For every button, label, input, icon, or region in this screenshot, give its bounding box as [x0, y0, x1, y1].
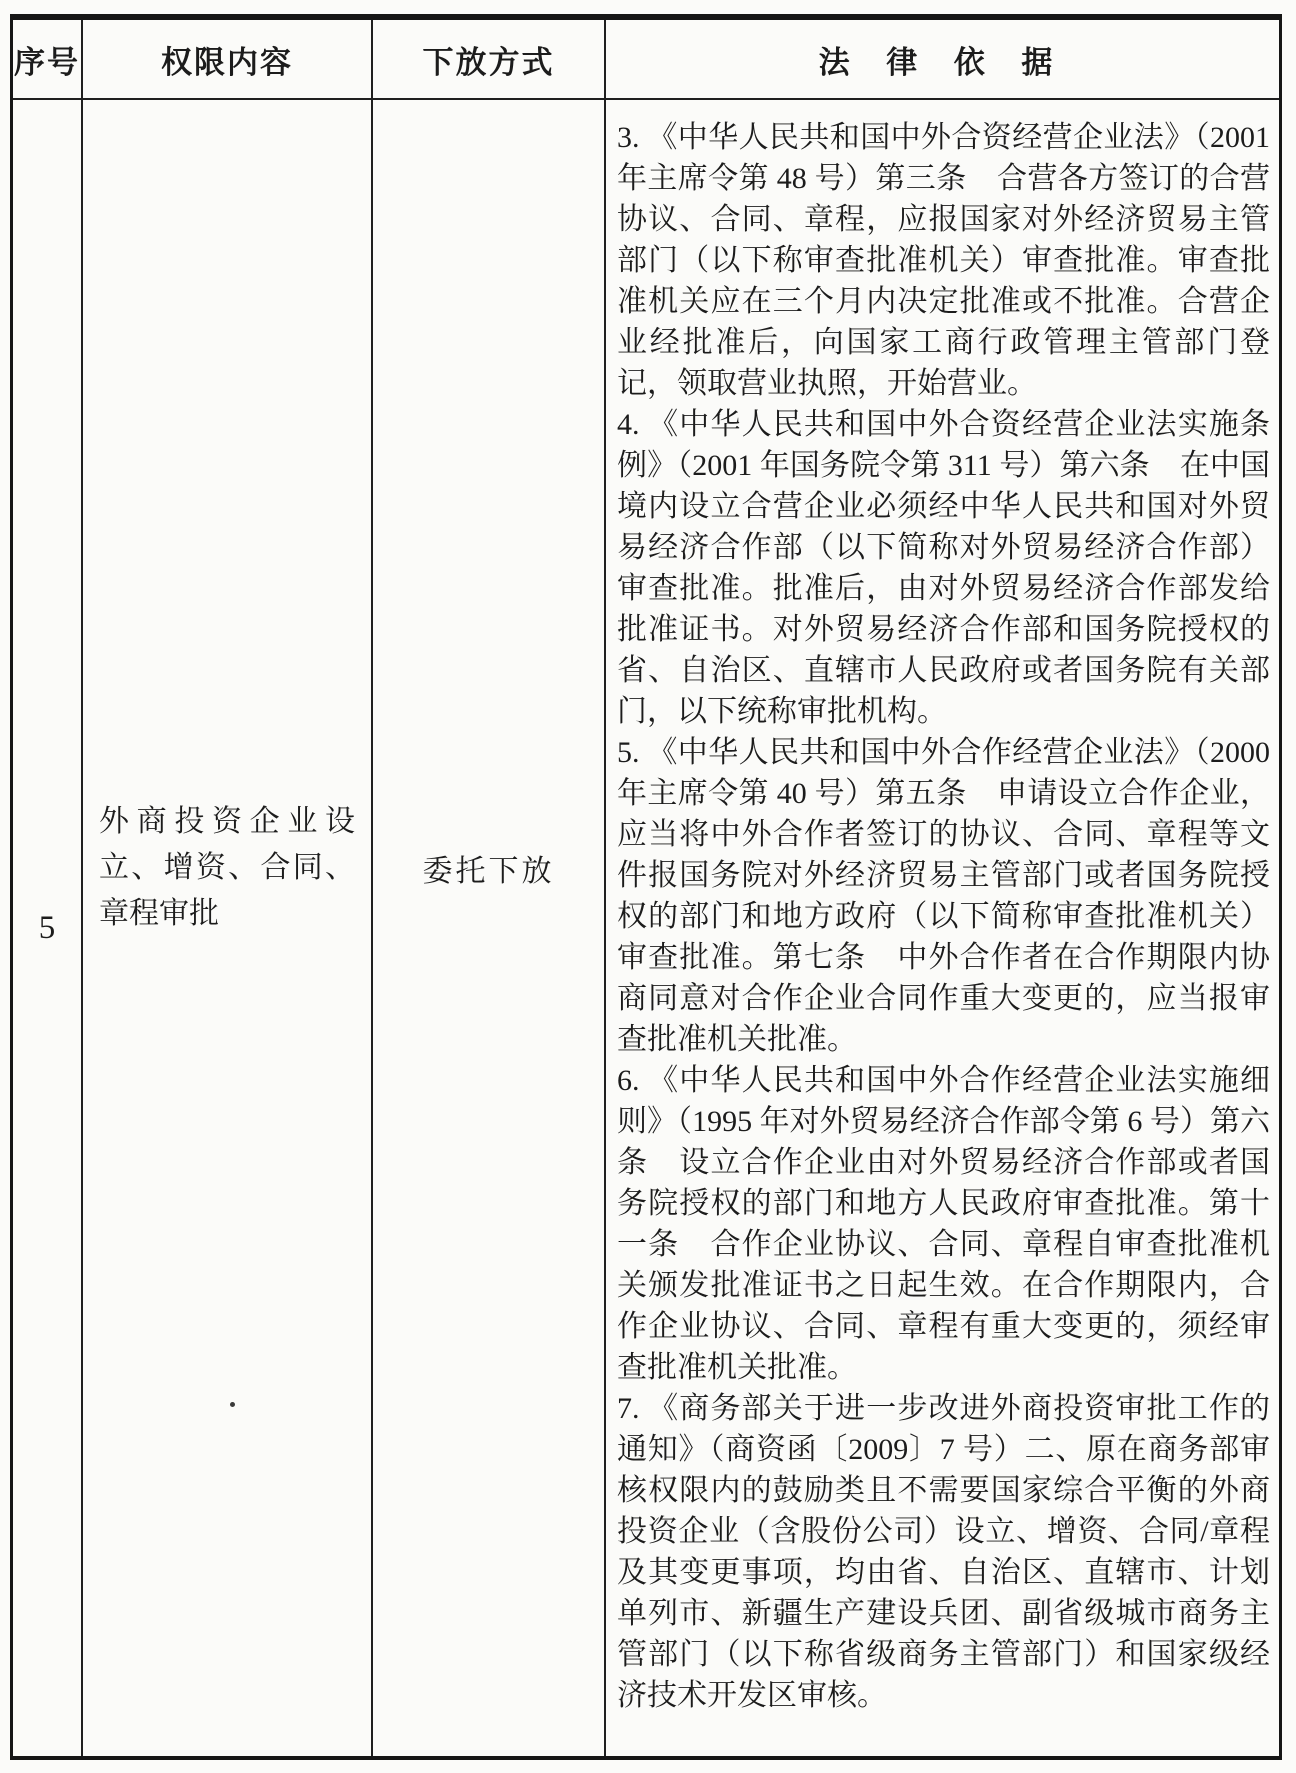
header-delegation-method-label: 下放方式: [423, 37, 555, 82]
legal-basis-item-3: 3. 《中华人民共和国中外合资经营企业法》（2001 年主席令第 48 号）第三…: [617, 117, 1270, 404]
header-serial-number: 序号: [13, 20, 83, 100]
header-authority-content-label: 权限内容: [161, 37, 293, 82]
header-legal-basis: 法 律 依 据: [606, 20, 1279, 100]
authority-content-wrap: 外商投资企业设立、增资、合同、章程审批: [83, 100, 371, 1756]
cell-serial-number: 5: [13, 100, 83, 1756]
legal-basis-item-4: 4. 《中华人民共和国中外合资经营企业法实施条例》（2001 年国务院令第 31…: [617, 404, 1270, 732]
legal-basis-item-7: 7. 《商务部关于进一步改进外商投资审批工作的通知》（商资函〔2009〕7 号）…: [617, 1388, 1270, 1716]
authority-content-text: 外商投资企业设立、增资、合同、章程审批: [99, 799, 355, 937]
delegation-authority-table: 序号 权限内容 下放方式 法 律 依 据 5 外商投资企业设立、增资、合同、章程…: [10, 14, 1282, 1760]
cell-delegation-method: 委托下放: [373, 100, 606, 1756]
delegation-method-wrap: 委托下放: [373, 100, 604, 1756]
cell-authority-content: 外商投资企业设立、增资、合同、章程审批: [83, 100, 373, 1756]
header-authority-content: 权限内容: [83, 20, 373, 100]
ink-speck: [230, 1402, 235, 1407]
cell-legal-basis: 3. 《中华人民共和国中外合资经营企业法》（2001 年主席令第 48 号）第三…: [606, 100, 1279, 1756]
header-legal-basis-label: 法 律 依 据: [819, 37, 1067, 82]
document-page: 序号 权限内容 下放方式 法 律 依 据 5 外商投资企业设立、增资、合同、章程…: [0, 0, 1296, 1773]
header-delegation-method: 下放方式: [373, 20, 606, 100]
legal-basis-item-6: 6. 《中华人民共和国中外合作经营企业法实施细则》（1995 年对外贸易经济合作…: [617, 1060, 1270, 1388]
legal-basis-item-5: 5. 《中华人民共和国中外合作经营企业法》（2000 年主席令第 40 号）第五…: [617, 732, 1270, 1060]
serial-number-value: 5: [39, 910, 56, 947]
delegation-method-text: 委托下放: [423, 846, 555, 890]
header-serial-number-label: 序号: [14, 37, 80, 82]
